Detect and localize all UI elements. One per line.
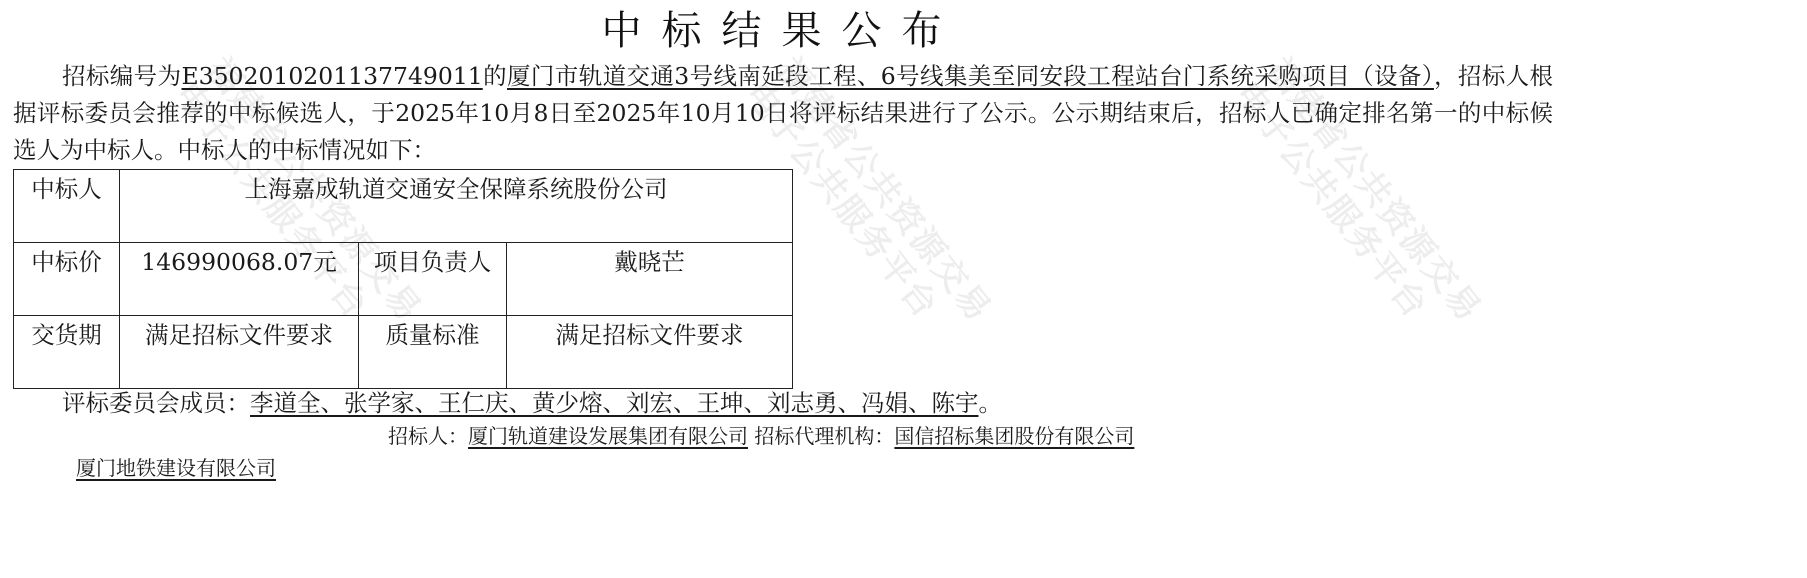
table-row: 中标人 上海嘉成轨道交通安全保障系统股份公司 <box>14 170 793 243</box>
intro-connector: 的 <box>483 62 507 90</box>
committee-end: 。 <box>979 389 1003 417</box>
bid-number: E3502010201137749011 <box>181 62 482 90</box>
page-title: 中标结果公布 <box>0 6 1563 56</box>
label-quality-standard: 质量标准 <box>359 316 507 389</box>
tenderer-label: 招标人： <box>388 424 468 448</box>
committee-members: 李道全、张学家、王仁庆、黄少熔、刘宏、王坤、刘志勇、冯娟、陈宇 <box>250 389 979 417</box>
table-row: 交货期 满足招标文件要求 质量标准 满足招标文件要求 <box>14 316 793 389</box>
committee-label: 评标委员会成员： <box>62 389 250 417</box>
value-winner: 上海嘉成轨道交通安全保障系统股份公司 <box>120 170 793 243</box>
value-bid-price: 146990068.07元 <box>120 243 359 316</box>
value-delivery-period: 满足招标文件要求 <box>120 316 359 389</box>
label-bid-price: 中标价 <box>14 243 120 316</box>
tenderer-line: 招标人：厦门轨道建设发展集团有限公司 招标代理机构：国信招标集团股份有限公司 <box>388 420 1134 452</box>
footer-organization: 厦门地铁建设有限公司 <box>76 452 276 484</box>
value-quality-standard: 满足招标文件要求 <box>507 316 793 389</box>
label-delivery-period: 交货期 <box>14 316 120 389</box>
agent-label: 招标代理机构： <box>754 424 894 448</box>
intro-prefix: 招标编号为 <box>62 62 181 90</box>
tenderer-name: 厦门轨道建设发展集团有限公司 <box>468 424 748 448</box>
project-name: 厦门市轨道交通3号线南延段工程、6号线集美至同安段工程站台门系统采购项目（设备） <box>507 62 1434 90</box>
award-table: 中标人 上海嘉成轨道交通安全保障系统股份公司 中标价 146990068.07元… <box>13 169 793 389</box>
agent-name: 国信招标集团股份有限公司 <box>894 424 1134 448</box>
committee-line: 评标委员会成员：李道全、张学家、王仁庆、黄少熔、刘宏、王坤、刘志勇、冯娟、陈宇。 <box>62 386 1002 420</box>
label-project-manager: 项目负责人 <box>359 243 507 316</box>
intro-paragraph: 招标编号为E3502010201137749011的厦门市轨道交通3号线南延段工… <box>13 58 1553 169</box>
label-winner: 中标人 <box>14 170 120 243</box>
value-project-manager: 戴晓芒 <box>507 243 793 316</box>
table-row: 中标价 146990068.07元 项目负责人 戴晓芒 <box>14 243 793 316</box>
